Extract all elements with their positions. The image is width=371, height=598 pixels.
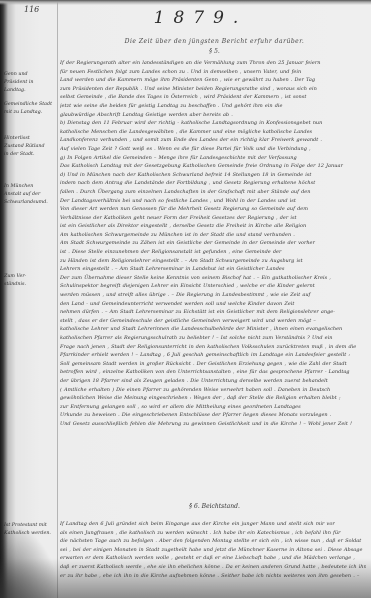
text-line: katholische Menschen die Landesgewählten… — [60, 128, 366, 137]
text-line: g) In Folgen Artikel die Gemeinden – Men… — [60, 154, 366, 163]
text-line: als einen Jungfrauen , die katholisch zu… — [60, 529, 366, 538]
text-line: indem nach dem Antrag die Landstände der… — [60, 179, 366, 188]
text-line: Der zum Übernahme dieser Stelle keine Ke… — [60, 274, 366, 283]
text-line: Am Stadt Schwurgemeinde zu Zähen ist ein… — [60, 239, 366, 248]
text-line: b) Dienstag den 11 Februar wird der rich… — [60, 119, 366, 128]
text-line: jetzt wie seine die beiden für geistig L… — [60, 102, 366, 111]
margin-note: Gemeindliche Stadt mit zu Landtag. — [4, 101, 56, 117]
text-line: werden müssen , und streift alles übrige… — [60, 291, 366, 300]
margin-note-line: Anstalt auf der — [4, 191, 56, 199]
text-line: stellt , dass er der Gemeindeschule der … — [60, 317, 366, 326]
text-line: Schulinspektor begreift diejenigen Lehre… — [60, 282, 366, 291]
text-line: der übrigen 18 Pfarrer sind als Zeugen g… — [60, 377, 366, 386]
margin-note-line: Genn und — [4, 71, 56, 79]
text-line: Pfarrkinder erhielt werden ! – Landtag ,… — [60, 351, 366, 360]
text-line: Urkunde zu beweisen . Die eingeschrieben… — [60, 411, 366, 420]
section-number: § 5. — [58, 48, 371, 55]
text-line: Von dieser Art werden nun Genossen für d… — [60, 205, 366, 214]
margin-note-line: Zustand Rütland — [4, 143, 56, 151]
text-line: Und Gesetz ausschließlich fehlen die Meh… — [60, 420, 366, 429]
manuscript-page: 116 1879. Die Zeit über den jüngsten Ber… — [0, 0, 371, 598]
text-line: zum Präsidenten der Republik . Und seine… — [60, 85, 366, 94]
page-heading: Die Zeit über den jüngsten Bericht erfuh… — [58, 38, 371, 45]
margin-note-line: Hinterlisst — [4, 135, 56, 143]
text-line: betroffen wird , einzelne Katholiken von… — [60, 368, 366, 377]
margin-note: Hinterlisst Zustand Rütland in der Stadt… — [4, 135, 56, 159]
text-line: ist ein Geistlicher als Direktor eingest… — [60, 222, 366, 231]
text-line: Land werden und die Kammern möge ihm Prä… — [60, 76, 366, 85]
scan-shadow-top — [0, 0, 371, 5]
margin-note-line: Schwurlandsumd. — [4, 199, 56, 207]
text-line: If der Regierungsrath alter ein landesst… — [60, 59, 366, 68]
margin-note: In München Anstalt auf der Schwurlandsum… — [4, 183, 56, 207]
text-line: Der Landtagsverhältnis bei und nach so f… — [60, 197, 366, 206]
text-line: Landkonferenz verbunden , und somit zum … — [60, 136, 366, 145]
text-line: Lehrern eingestellt . – Am Stadt Lehrers… — [60, 265, 366, 274]
text-line: selbst Gemeinde , die Bande des Tages in… — [60, 93, 366, 102]
text-line: If Landtag den 6 Juli gründet sich beim … — [60, 520, 366, 529]
margin-note-line: In München — [4, 183, 56, 191]
margin-note-line: in der Stadt. — [4, 151, 56, 159]
text-line: Auf vielen Tage Zeit ? Gott weiß es . We… — [60, 145, 366, 154]
text-line: Am katholischen Schwurgemeinde zu Münche… — [60, 231, 366, 240]
text-line: die nächsten Tage auch zu befolgen . Abe… — [60, 537, 366, 546]
section-title: § 6. Beichtstand. — [58, 503, 371, 510]
margin-note-line: ständnis. — [4, 281, 56, 289]
margin-note-line: Zum Ver- — [4, 273, 56, 281]
text-line: katholische Lehrer und Stadt Lehrerinnen… — [60, 325, 366, 334]
text-line: glaubwürdige Abschrift Landtag Geistige … — [60, 111, 366, 120]
margin-note-line: mit zu Landtag. — [4, 109, 56, 117]
text-line: Das Katholisch Landtag mit der Gesetzgeb… — [60, 162, 366, 171]
text-line: nehmen dürfen . – Am Stadt Lehrerseminar… — [60, 308, 366, 317]
text-line: zur Entfernung gelangen soll , so wird e… — [60, 403, 366, 412]
text-line: Soll gemeinsam Stadt werden in großer Rü… — [60, 360, 366, 369]
margin-note-line: Präsident in — [4, 79, 56, 87]
text-line: Verhältnisse der Katholiken geht neuer F… — [60, 214, 366, 223]
text-line: für neuen Festlichen folgt zum Landes sc… — [60, 68, 366, 77]
text-line: fallen . Durch Übergang zum einzelnen La… — [60, 188, 366, 197]
text-line: den Land - und Gemeindeunterricht verwen… — [60, 300, 366, 309]
text-line: ( Amtliche erhalten ) Die einen Pfarrer … — [60, 386, 366, 395]
text-line: d) Und in München nach der Katholischen … — [60, 171, 366, 180]
text-line: zu Händen ist dem Religionslehrer einges… — [60, 257, 366, 266]
paragraph-main: If der Regierungsrath alter ein landesst… — [60, 59, 366, 429]
scan-shadow-bottom — [0, 558, 371, 598]
margin-note: Zum Ver- ständnis. — [4, 273, 56, 289]
text-line: katholischen Pfarrer als Regierungsschul… — [60, 334, 366, 343]
text-line: ist . Diese Stelle einzunehmen der Relig… — [60, 248, 366, 257]
text-line: gewöhnlichen Weise die Meinung eingeschr… — [60, 394, 366, 403]
text-line: sei , bei der einigen Monaten in Stadt z… — [60, 546, 366, 555]
year-heading: 1879. — [0, 8, 371, 28]
margin-note-line: Gemeindliche Stadt — [4, 101, 56, 109]
text-line: Frage nach jenen , Stadt der Religionsun… — [60, 343, 366, 352]
margin-note-line: Landtag. — [4, 87, 56, 95]
margin-note: Genn und Präsident in Landtag. — [4, 71, 56, 95]
